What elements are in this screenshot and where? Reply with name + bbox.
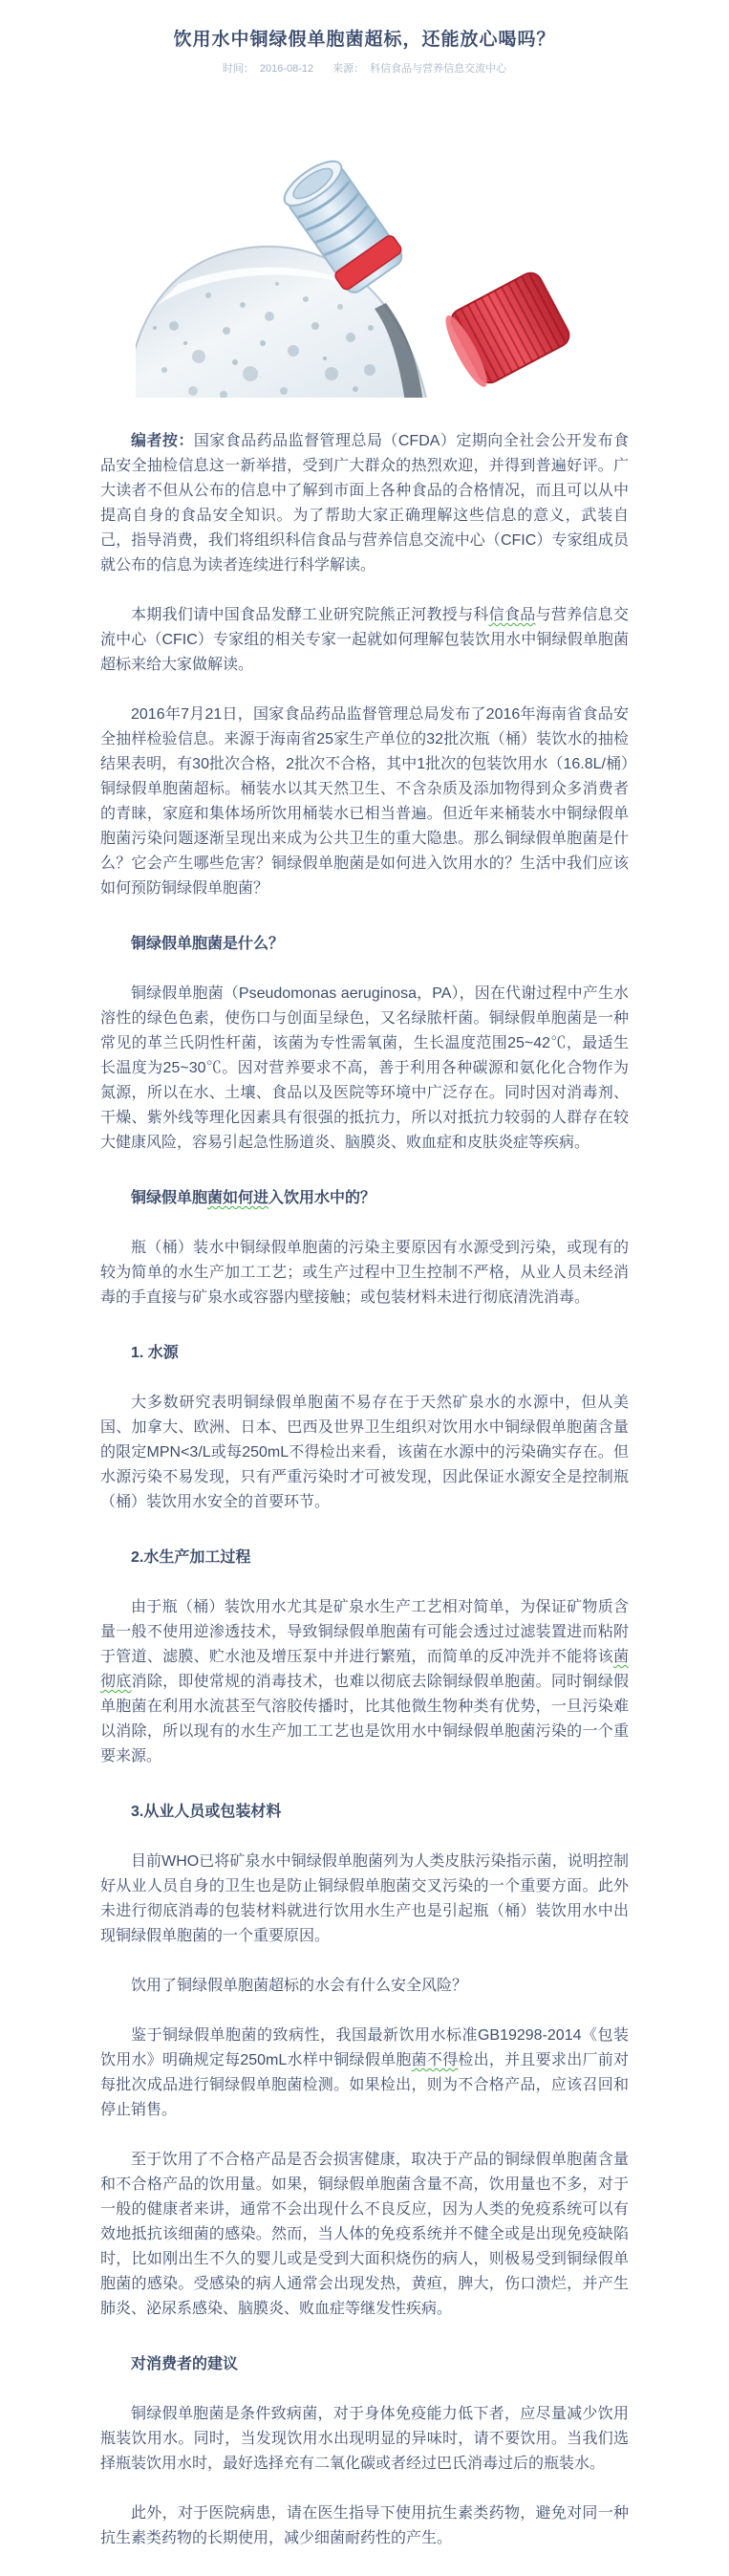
paragraph-national-standard: 鉴于铜绿假单胞菌的致病性，我国最新饮用水标准GB19298-2014《包装饮用水… <box>100 2024 629 2123</box>
editor-note-label: 编者按： <box>131 433 194 449</box>
meta-time-value: 2016-08-12 <box>260 63 313 75</box>
paragraph-news: 2016年7月21日，国家食品药品监督管理总局发布了2016年海南省食品安全抽样… <box>100 703 629 901</box>
paragraph-advice-1: 铜绿假单胞菌是条件致病菌，对于身体免疫能力低下者，应尽量减少饮用瓶装饮用水。同时… <box>100 2402 629 2477</box>
heading-what-is-it: 铜绿假单胞菌是什么？ <box>100 932 629 957</box>
paragraph-staff-packaging: 目前WHO已将矿泉水中铜绿假单胞菌列为人类皮肤污染指示菌，说明控制好从业人员自身… <box>100 1850 629 1949</box>
heading-how-enters-water: 铜绿假单胞菌如何进入饮用水中的？ <box>100 1186 629 1211</box>
keyword-link[interactable]: 菌如何进 <box>207 1190 268 1206</box>
paragraph-intro: 本期我们请中国食品发酵工业研究院熊正河教授与科信食品与营养信息交流中心（CFIC… <box>100 603 629 678</box>
paragraph-health-effects: 至于饮用了不合格产品是否会损害健康，取决于产品的铜绿假单胞菌含量和不合格产品的饮… <box>100 2148 629 2322</box>
heading-staff-packaging: 3.从业人员或包装材料 <box>100 1800 629 1825</box>
paragraph-production-process: 由于瓶（桶）装饮用水尤其是矿泉水生产工艺相对简单，为保证矿物质含量一般不使用逆渗… <box>100 1595 629 1769</box>
paragraph-editor-note: 编者按：国家食品药品监督管理总局（CFDA）定期向全社会公开发布食品安全抽检信息… <box>100 429 629 578</box>
paragraph-contamination-causes: 瓶（桶）装水中铜绿假单胞菌的污染主要原因有水源受到污染，或现有的较为简单的水生产… <box>100 1236 629 1310</box>
heading-production-process: 2.水生产加工过程 <box>100 1546 629 1570</box>
keyword-link[interactable]: 菌不得 <box>412 2052 459 2068</box>
article-body: 编者按：国家食品药品监督管理总局（CFDA）定期向全社会公开发布食品安全抽检信息… <box>100 429 629 2551</box>
page-title: 饮用水中铜绿假单胞菌超标，还能放心喝吗？ <box>100 25 629 51</box>
paragraph-what-is-it: 铜绿假单胞菌（Pseudomonas aeruginosa，PA），因在代谢过程… <box>100 982 629 1156</box>
article-meta: 时间：2016-08-12 来源：科信食品与营养信息交流中心 <box>100 60 629 76</box>
keyword-link[interactable]: 信食品 <box>489 607 536 623</box>
paragraph-water-source: 大多数研究表明铜绿假单胞菌不易存在于天然矿泉水的水源中，但从美国、加拿大、欧洲、… <box>100 1391 629 1515</box>
heading-consumer-advice: 对消费者的建议 <box>100 2352 629 2377</box>
heading-water-source: 1. 水源 <box>100 1341 629 1366</box>
bottled-water-photo <box>100 87 629 402</box>
meta-source-label: 来源： <box>332 63 364 75</box>
paragraph-advice-2: 此外，对于医院病患，请在医生指导下使用抗生素类药物，避免对同一种抗生素类药物的长… <box>100 2501 629 2551</box>
paragraph-risk-question: 饮用了铜绿假单胞菌超标的水会有什么安全风险？ <box>100 1974 629 1999</box>
article-page: 饮用水中铜绿假单胞菌超标，还能放心喝吗？ 时间：2016-08-12 来源：科信… <box>0 0 729 2576</box>
water-bottle-illustration <box>136 87 594 398</box>
meta-time-label: 时间： <box>223 63 254 75</box>
meta-source-value: 科信食品与营养信息交流中心 <box>370 63 506 75</box>
